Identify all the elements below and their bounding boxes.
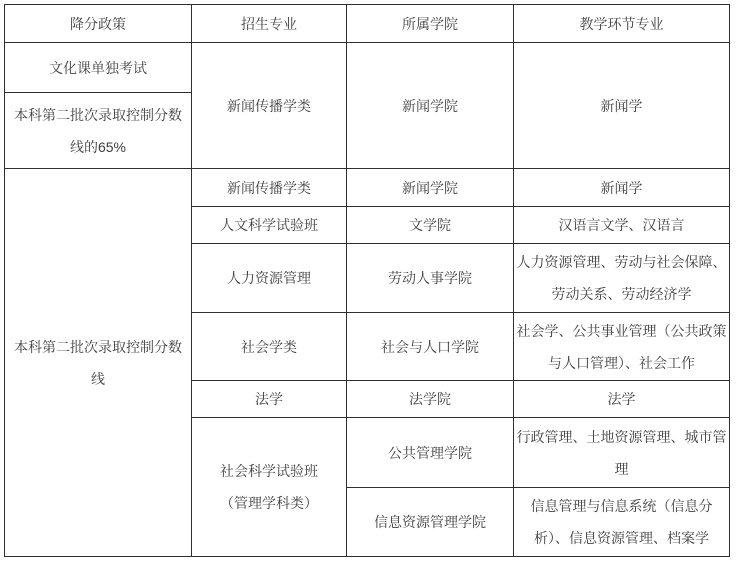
admissions-policy-table: 降分政策 招生专业 所属学院 教学环节专业 文化课单独考试 新闻传播学类 新闻学… bbox=[4, 4, 730, 557]
cell-teaching-info-resource: 信息管理与信息系统（信息分 析）、信息资源管理、档案学 bbox=[514, 488, 730, 557]
header-major: 招生专业 bbox=[192, 5, 347, 43]
header-row: 降分政策 招生专业 所属学院 教学环节专业 bbox=[5, 5, 730, 43]
header-policy: 降分政策 bbox=[5, 5, 192, 43]
table-row: 本科第二批次录取控制分数 线 新闻传播学类 新闻学院 新闻学 bbox=[5, 169, 730, 207]
cell-major-journalism: 新闻传播学类 bbox=[192, 169, 347, 207]
cell-major-social-science-class: 社会科学试验班 （管理学科类） bbox=[192, 418, 347, 557]
cell-major-law: 法学 bbox=[192, 381, 347, 418]
cell-college-info-resource: 信息资源管理学院 bbox=[347, 488, 514, 557]
cell-teaching-journalism: 新闻学 bbox=[514, 169, 730, 207]
cell-major-journalism-s1: 新闻传播学类 bbox=[192, 43, 347, 169]
cell-college-journalism-s1: 新闻学院 bbox=[347, 43, 514, 169]
cell-teaching-law: 法学 bbox=[514, 381, 730, 418]
cell-teaching-public-admin: 行政管理、土地资源管理、城市管 理 bbox=[514, 418, 730, 488]
cell-teaching-chinese: 汉语言文学、汉语言 bbox=[514, 207, 730, 244]
cell-major-sociology: 社会学类 bbox=[192, 313, 347, 381]
table-row: 文化课单独考试 新闻传播学类 新闻学院 新闻学 bbox=[5, 43, 730, 93]
cell-college-journalism: 新闻学院 bbox=[347, 169, 514, 207]
cell-teaching-journalism-s1: 新闻学 bbox=[514, 43, 730, 169]
cell-major-hr: 人力资源管理 bbox=[192, 244, 347, 313]
header-college: 所属学院 bbox=[347, 5, 514, 43]
cell-teaching-sociology: 社会学、公共事业管理（公共政策 与人口管理）、社会工作 bbox=[514, 313, 730, 381]
cell-college-literature: 文学院 bbox=[347, 207, 514, 244]
cell-major-humanities: 人文科学试验班 bbox=[192, 207, 347, 244]
cell-college-law: 法学院 bbox=[347, 381, 514, 418]
cell-college-labor: 劳动人事学院 bbox=[347, 244, 514, 313]
header-teaching-major: 教学环节专业 bbox=[514, 5, 730, 43]
cell-policy-65-percent: 本科第二批次录取控制分数 线的65% bbox=[5, 93, 192, 169]
cell-college-sociology: 社会与人口学院 bbox=[347, 313, 514, 381]
cell-policy-separate-exam: 文化课单独考试 bbox=[5, 43, 192, 93]
cell-policy-control-line: 本科第二批次录取控制分数 线 bbox=[5, 169, 192, 557]
cell-college-public-admin: 公共管理学院 bbox=[347, 418, 514, 488]
cell-teaching-hr: 人力资源管理、劳动与社会保障、 劳动关系、劳动经济学 bbox=[514, 244, 730, 313]
